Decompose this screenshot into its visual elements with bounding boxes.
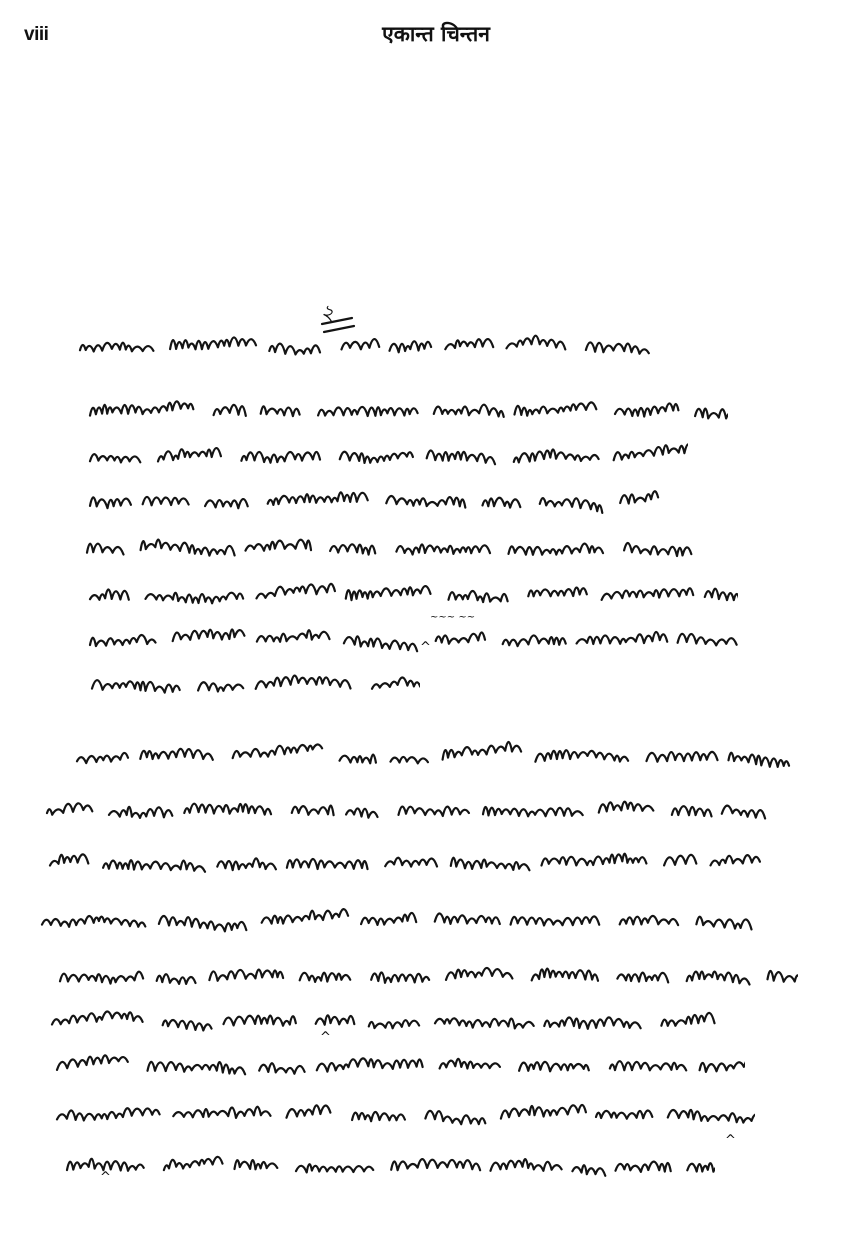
manuscript-line: [handwritten Bengali line 17] ? [65,1150,715,1184]
handwritten-manuscript: ২ [handwritten Bengali line 1][handwritt… [0,0,852,1239]
insertion-caret: ^ [420,640,431,655]
manuscript-line: [handwritten Bengali line 13] [58,960,798,994]
manuscript-line: [handwritten Bengali line 14] [50,1005,740,1039]
manuscript-line: [handwritten Bengali line 9] [75,740,815,774]
manuscript-line: [handwritten Bengali line 2] [88,395,728,429]
insertion-caret: ^ [725,1133,736,1148]
insertion-caret: ^ [100,1170,111,1185]
manuscript-line: [handwritten Bengali line 1] [78,330,678,364]
interlinear-insertion: ~~~ ~~ [430,612,475,623]
manuscript-line: [handwritten Bengali line 15] [55,1050,745,1084]
manuscript-line: [handwritten Bengali line 4] [88,485,668,519]
manuscript-line: [handwritten Bengali line 8] ১॥ [90,670,420,704]
manuscript-line: [handwritten Bengali line 3] [88,440,688,474]
insertion-caret: ^ [320,1030,331,1045]
manuscript-line: [handwritten Bengali line 10] [45,793,775,827]
manuscript-line: [handwritten Bengali line 12] [40,903,760,937]
manuscript-line: [handwritten Bengali line 11] [48,846,768,880]
manuscript-line: [handwritten Bengali line 16] (…, worksh… [55,1098,755,1132]
manuscript-line: [handwritten Bengali line 5] [85,532,725,566]
manuscript-line: [handwritten Bengali line 6] [88,578,738,612]
